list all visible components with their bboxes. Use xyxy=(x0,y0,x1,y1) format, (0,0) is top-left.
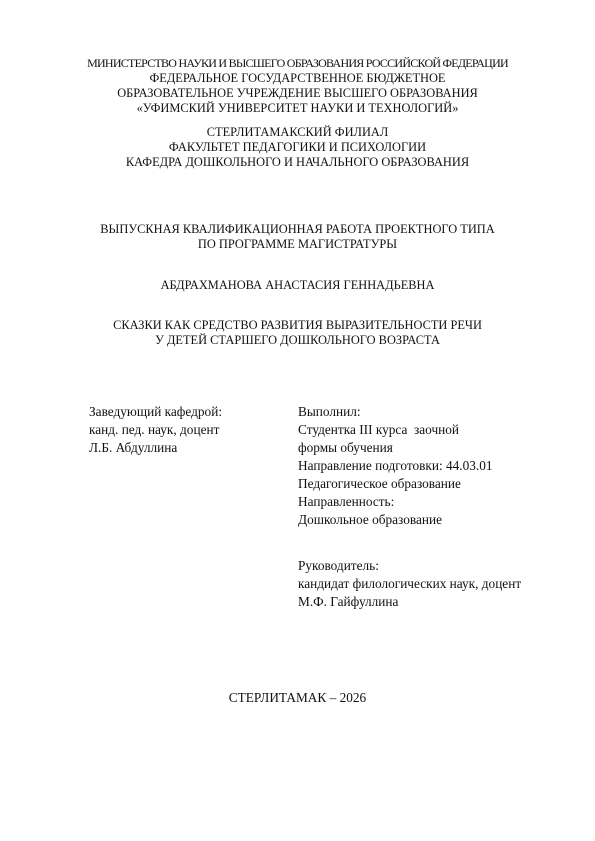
branch-block: СТЕРЛИТАМАКСКИЙ ФИЛИАЛ ФАКУЛЬТЕТ ПЕДАГОГ… xyxy=(0,125,595,170)
footer-block: СТЕРЛИТАМАК – 2026 xyxy=(0,690,595,705)
direction-name: Педагогическое образование xyxy=(298,475,493,493)
thesis-title-line: У ДЕТЕЙ СТАРШЕГО ДОШКОЛЬНОГО ВОЗРАСТА xyxy=(0,333,595,348)
work-type-block: ВЫПУСКНАЯ КВАЛИФИКАЦИОННАЯ РАБОТА ПРОЕКТ… xyxy=(0,222,595,252)
department-name: КАФЕДРА ДОШКОЛЬНОГО И НАЧАЛЬНОГО ОБРАЗОВ… xyxy=(0,155,595,170)
supervisor-degree: кандидат филологических наук, доцент xyxy=(298,575,521,593)
head-degree: канд. пед. наук, доцент xyxy=(89,421,222,439)
specialization-name: Дошкольное образование xyxy=(298,511,493,529)
supervisor-label: Руководитель: xyxy=(298,557,521,575)
specialization-label: Направленность: xyxy=(298,493,493,511)
university-name: «УФИМСКИЙ УНИВЕРСИТЕТ НАУКИ И ТЕХНОЛОГИЙ… xyxy=(0,101,595,116)
city-year: СТЕРЛИТАМАК – 2026 xyxy=(0,690,595,705)
head-of-department-block: Заведующий кафедрой: канд. пед. наук, до… xyxy=(89,403,222,457)
supervisor-name: М.Ф. Гайфуллина xyxy=(298,593,521,611)
study-form: формы обучения xyxy=(298,439,493,457)
thesis-title-block: СКАЗКИ КАК СРЕДСТВО РАЗВИТИЯ ВЫРАЗИТЕЛЬН… xyxy=(0,318,595,348)
head-label: Заведующий кафедрой: xyxy=(89,403,222,421)
branch-name: СТЕРЛИТАМАКСКИЙ ФИЛИАЛ xyxy=(0,125,595,140)
student-course: Студентка III курса заочной xyxy=(298,421,493,439)
ministry-line: МИНИСТЕРСТВО НАУКИ И ВЫСШЕГО ОБРАЗОВАНИЯ… xyxy=(0,56,595,71)
institution-block: МИНИСТЕРСТВО НАУКИ И ВЫСШЕГО ОБРАЗОВАНИЯ… xyxy=(0,56,595,116)
title-page: МИНИСТЕРСТВО НАУКИ И ВЫСШЕГО ОБРАЗОВАНИЯ… xyxy=(0,0,595,841)
performed-label: Выполнил: xyxy=(298,403,493,421)
work-type-line: ВЫПУСКНАЯ КВАЛИФИКАЦИОННАЯ РАБОТА ПРОЕКТ… xyxy=(0,222,595,237)
author-block: АБДРАХМАНОВА АНАСТАСИЯ ГЕННАДЬЕВНА xyxy=(0,278,595,293)
author-name: АБДРАХМАНОВА АНАСТАСИЯ ГЕННАДЬЕВНА xyxy=(0,278,595,293)
supervisor-block: Руководитель: кандидат филологических на… xyxy=(298,557,521,611)
institution-line: ОБРАЗОВАТЕЛЬНОЕ УЧРЕЖДЕНИЕ ВЫСШЕГО ОБРАЗ… xyxy=(0,86,595,101)
institution-line: ФЕДЕРАЛЬНОЕ ГОСУДАРСТВЕННОЕ БЮДЖЕТНОЕ xyxy=(0,71,595,86)
training-direction: Направление подготовки: 44.03.01 xyxy=(298,457,493,475)
work-type-line: ПО ПРОГРАММЕ МАГИСТРАТУРЫ xyxy=(0,237,595,252)
thesis-title-line: СКАЗКИ КАК СРЕДСТВО РАЗВИТИЯ ВЫРАЗИТЕЛЬН… xyxy=(0,318,595,333)
head-name: Л.Б. Абдуллина xyxy=(89,439,222,457)
faculty-name: ФАКУЛЬТЕТ ПЕДАГОГИКИ И ПСИХОЛОГИИ xyxy=(0,140,595,155)
performed-by-block: Выполнил: Студентка III курса заочной фо… xyxy=(298,403,493,529)
